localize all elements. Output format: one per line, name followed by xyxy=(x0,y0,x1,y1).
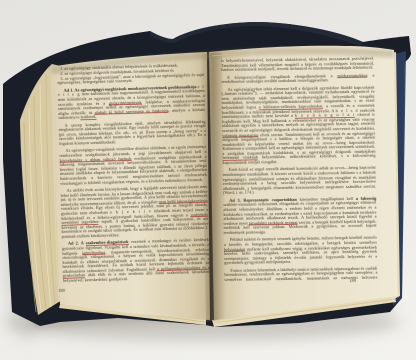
paragraph: Ezek közül az angol szerzők áttekintő ko… xyxy=(223,166,376,196)
paragraph: Például miként és mennyit vesznek igényb… xyxy=(224,236,377,266)
paragraph: Ad 3. Reprezentatív csoportokban kiterje… xyxy=(223,196,377,235)
text-segment: mellette kell szabályozni végig; a rende… xyxy=(224,244,377,265)
photo-open-book: 1. az egészségügy strukturális elemei fe… xyxy=(0,0,416,360)
paragraph: Az egészségügyi vizsgálatok vezetőikre d… xyxy=(59,145,207,186)
paragraph: A szerep komplex vizsgálódásokra épül, a… xyxy=(59,120,207,147)
right-page-text: is helyzetfelismerésével, helyzetük alak… xyxy=(221,57,377,281)
paragraph: E közegszociológiai vizsgálatok elengedh… xyxy=(221,73,374,85)
paragraph: Az egészségügyben tehát elemezni kell a … xyxy=(221,85,375,165)
text-segment: módszertanokhoz xyxy=(337,72,367,78)
paragraph: Ad 2. A szakember-diagnózisok vezetnek a… xyxy=(62,238,210,283)
text-segment: területek. xyxy=(80,114,96,120)
left-page-text: 1. az egészségügy strukturális elemei fe… xyxy=(57,63,210,289)
left-page-number: 188 xyxy=(58,288,65,293)
text-segment: alakult ki belső szervezete és funkciója xyxy=(95,108,169,115)
right-page-number: 189 xyxy=(296,278,356,284)
text-segment: A szerep komplex vizsgálódásokra épül, a… xyxy=(59,119,206,146)
text-segment: is helyzetfelismerésével, helyzetük alak… xyxy=(221,57,374,73)
paragraph: is helyzetfelismerésével, helyzetük alak… xyxy=(221,57,374,73)
paragraph: Ad 1. Az egészségügyi-megbízások munkasz… xyxy=(58,85,206,121)
text-segment: Ezek közül az angol szerzők áttekintő ko… xyxy=(223,165,376,195)
paragraph: Az utóbbi évek során bizonyították, hogy… xyxy=(60,185,208,240)
